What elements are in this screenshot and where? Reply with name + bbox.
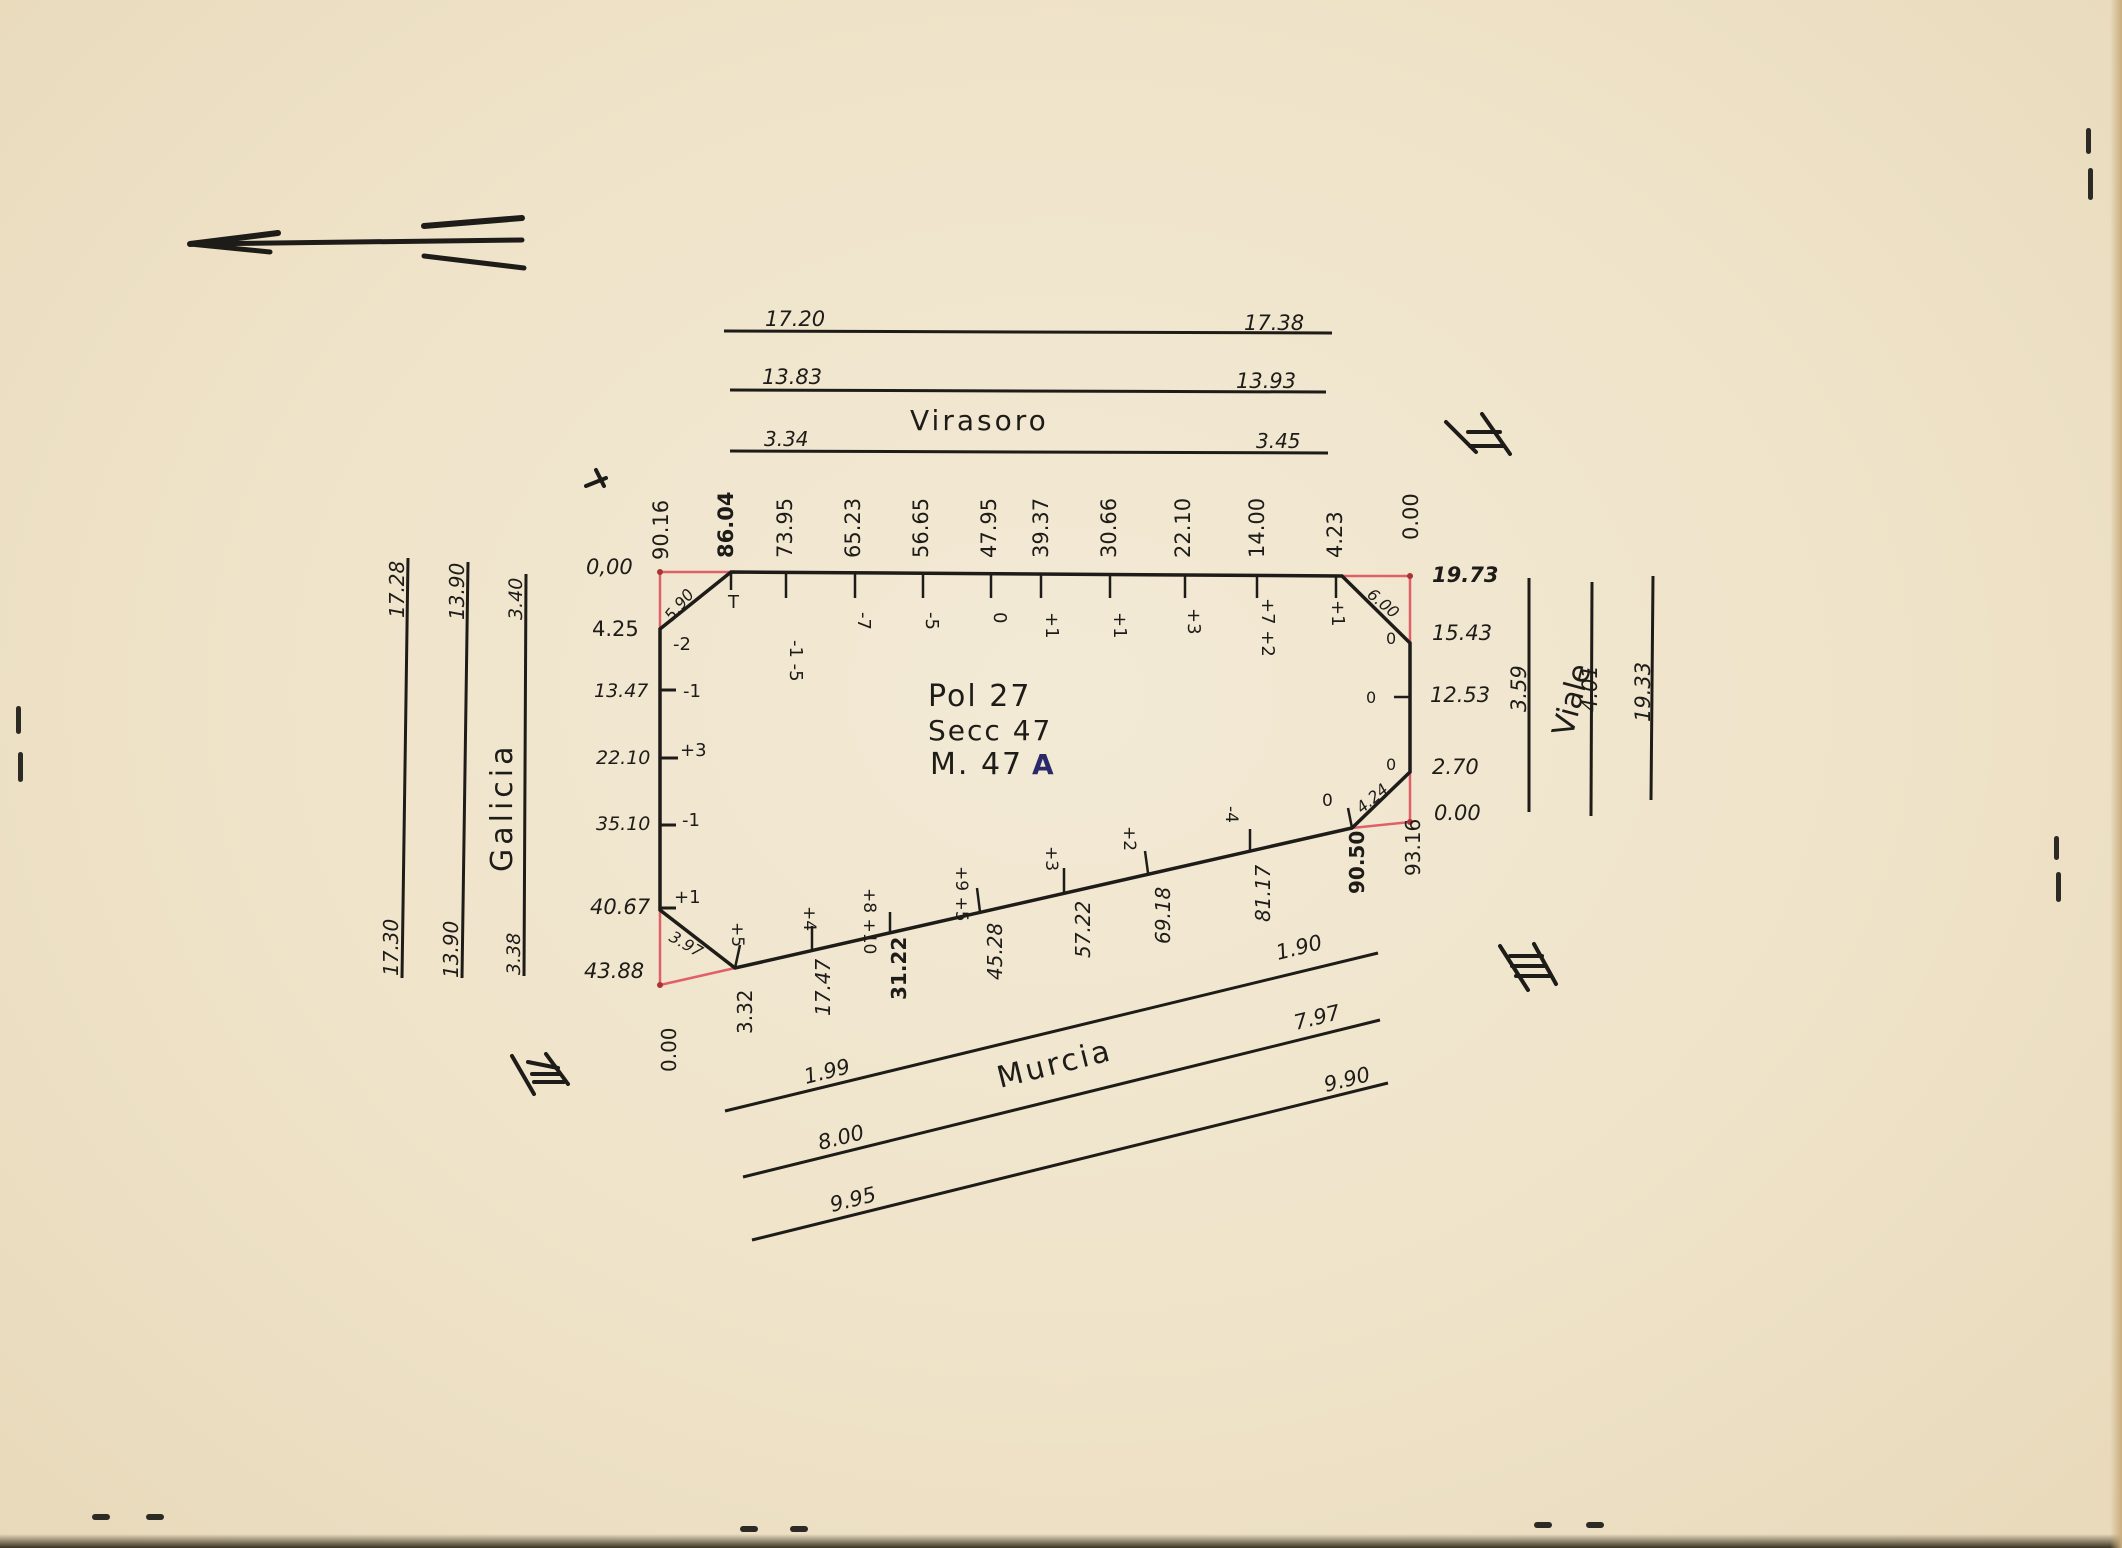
virasoro-line2-right: 13.93 <box>1236 369 1296 393</box>
galicia-line3-top: 3.40 <box>505 578 527 620</box>
left-station: 4.25 <box>592 617 639 641</box>
staple-mark <box>1586 1522 1604 1528</box>
bottom-level: +3 <box>1041 846 1061 871</box>
staple-mark <box>18 752 23 782</box>
title-block: Pol 27 Secc 47 M. 47 A <box>928 679 1054 782</box>
top-station: 30.66 <box>1097 498 1121 558</box>
title-manzana-letter-stamp: A <box>1032 748 1054 781</box>
left-station: 13.47 <box>594 680 648 702</box>
viale-line1-label: 3.59 <box>1507 665 1531 712</box>
survey-drawing: 17.20 17.38 13.83 13.93 Virasoro 3.34 3.… <box>0 0 2122 1548</box>
virasoro-line3-left: 3.34 <box>764 427 809 451</box>
bottom-level: 0 <box>1322 791 1333 811</box>
viale-line2-label: 4.01 <box>1578 665 1602 712</box>
bottom-station: 81.17 <box>1251 864 1275 922</box>
left-level: -1 <box>683 681 701 702</box>
left-station: 0,00 <box>586 555 633 579</box>
top-station: 90.16 <box>649 500 673 560</box>
bottom-station: 0.00 <box>657 1027 681 1072</box>
right-level-marks: 0 0 0 <box>1366 629 1396 774</box>
top-station: 14.00 <box>1245 498 1269 558</box>
bottom-station: 3.32 <box>733 989 757 1034</box>
virasoro-line1-left: 17.20 <box>765 307 825 331</box>
right-station: 19.73 <box>1432 563 1498 587</box>
bottom-level: +5 <box>727 922 747 947</box>
top-station: 86.04 <box>714 492 738 558</box>
galicia-line2-bottom: 13.90 <box>439 921 463 978</box>
top-level: +1 <box>1109 612 1130 639</box>
top-level: 0 <box>989 612 1010 623</box>
paper-bottom-edge <box>0 1534 2122 1548</box>
staple-mark <box>2056 872 2061 902</box>
title-manzana: M. 47 <box>930 747 1023 782</box>
right-station-labels: 19.73 15.43 12.53 2.70 0.00 <box>1430 563 1498 825</box>
top-station: 56.65 <box>909 498 933 558</box>
bottom-station: 93.16 <box>1401 819 1425 876</box>
top-station: 22.10 <box>1171 498 1195 558</box>
left-side-ticks <box>660 690 678 908</box>
left-station: 43.88 <box>584 959 644 983</box>
top-level: -7 <box>853 612 874 630</box>
corner-marker-I-icon <box>586 470 606 486</box>
top-station: 47.95 <box>977 498 1001 558</box>
top-level-marks: T -1 -5 -7 -5 0 +1 +1 +3 +7 +2 +1 <box>727 592 1348 682</box>
top-station: 39.37 <box>1029 498 1053 558</box>
virasoro-line2-left: 13.83 <box>762 365 822 389</box>
chamfer-bottom-right: 4.24 <box>1352 780 1392 817</box>
top-level: +1 <box>1041 612 1062 639</box>
bottom-station: 31.22 <box>887 937 911 1000</box>
virasoro-street-name: Virasoro <box>910 404 1049 437</box>
left-level-marks: -2 -1 +3 -1 +1 <box>673 634 707 908</box>
top-level: +7 +2 <box>1257 598 1278 657</box>
bottom-level: +4 <box>799 906 819 931</box>
top-level: +3 <box>1183 608 1204 635</box>
right-station: 2.70 <box>1432 755 1479 779</box>
right-level: 0 <box>1386 629 1396 648</box>
right-level: 0 <box>1386 755 1396 774</box>
murcia-line1-left: 1.99 <box>801 1054 852 1089</box>
top-station-labels: 90.16 86.04 73.95 65.23 56.65 47.95 39.3… <box>649 492 1423 560</box>
bottom-station: 90.50 <box>1345 831 1369 894</box>
bottom-level: +9 +5 <box>951 866 971 922</box>
left-station-labels: 0,00 4.25 13.47 22.10 35.10 40.67 43.88 <box>584 555 651 983</box>
bottom-station: 45.28 <box>983 923 1007 980</box>
bottom-level: +8 +10 <box>859 888 879 954</box>
top-level: -1 -5 <box>785 640 806 682</box>
right-station: 0.00 <box>1434 801 1481 825</box>
staple-mark <box>1534 1522 1552 1528</box>
top-station: 4.23 <box>1323 511 1347 558</box>
murcia-line3-right: 9.90 <box>1321 1062 1372 1097</box>
left-level: -2 <box>673 634 691 655</box>
right-level: 0 <box>1366 688 1376 707</box>
title-secc: Secc 47 <box>928 714 1052 747</box>
left-station: 35.10 <box>596 813 650 835</box>
left-station: 22.10 <box>596 747 650 769</box>
corner-marker-II-icon <box>1446 414 1510 454</box>
staple-mark <box>2088 168 2093 200</box>
galicia-line3-bottom: 3.38 <box>503 933 525 975</box>
corner-marker-IV-icon <box>512 1054 568 1094</box>
staple-mark <box>146 1514 164 1520</box>
virasoro-line3-right: 3.45 <box>1256 429 1301 453</box>
staple-mark <box>740 1526 758 1532</box>
top-station: 0.00 <box>1399 493 1423 540</box>
north-arrow-icon <box>190 218 524 268</box>
left-level: +3 <box>680 740 707 761</box>
viale-line3-label: 19.33 <box>1631 662 1655 722</box>
survey-sheet: 17.20 17.38 13.83 13.93 Virasoro 3.34 3.… <box>0 0 2122 1548</box>
bottom-level: +2 <box>1119 826 1139 851</box>
staple-mark <box>16 706 21 734</box>
galicia-street-name: Galicia <box>485 742 520 872</box>
staple-mark <box>2086 128 2091 154</box>
paper-right-edge <box>2110 0 2122 1548</box>
galicia-line1-top: 17.28 <box>385 561 409 618</box>
bottom-level-marks: +5 +4 +8 +10 +9 +5 +3 +2 -4 0 <box>727 791 1333 954</box>
top-station: 65.23 <box>841 498 865 558</box>
left-level: +1 <box>674 887 701 908</box>
right-station: 12.53 <box>1430 683 1490 707</box>
top-station: 73.95 <box>773 498 797 558</box>
right-station: 15.43 <box>1432 621 1492 645</box>
staple-mark <box>790 1526 808 1532</box>
galicia-line1-bottom: 17.30 <box>379 919 403 976</box>
top-level: T <box>727 592 740 613</box>
bottom-station: 69.18 <box>1151 887 1175 944</box>
left-station: 40.67 <box>590 895 651 919</box>
staple-mark <box>2054 836 2059 860</box>
staple-mark <box>92 1514 110 1520</box>
bottom-station: 57.22 <box>1071 901 1095 958</box>
top-level: -5 <box>921 612 942 630</box>
corner-marker-III-icon <box>1500 944 1556 990</box>
galicia-line2-top: 13.90 <box>445 563 469 620</box>
title-pol: Pol 27 <box>928 679 1031 714</box>
bottom-level: -4 <box>1221 806 1241 823</box>
bottom-station: 17.47 <box>811 958 835 1016</box>
murcia-line1-right: 1.90 <box>1273 930 1324 965</box>
virasoro-line1-right: 17.38 <box>1244 311 1304 335</box>
left-level: -1 <box>682 810 700 831</box>
top-level: +1 <box>1327 600 1348 627</box>
